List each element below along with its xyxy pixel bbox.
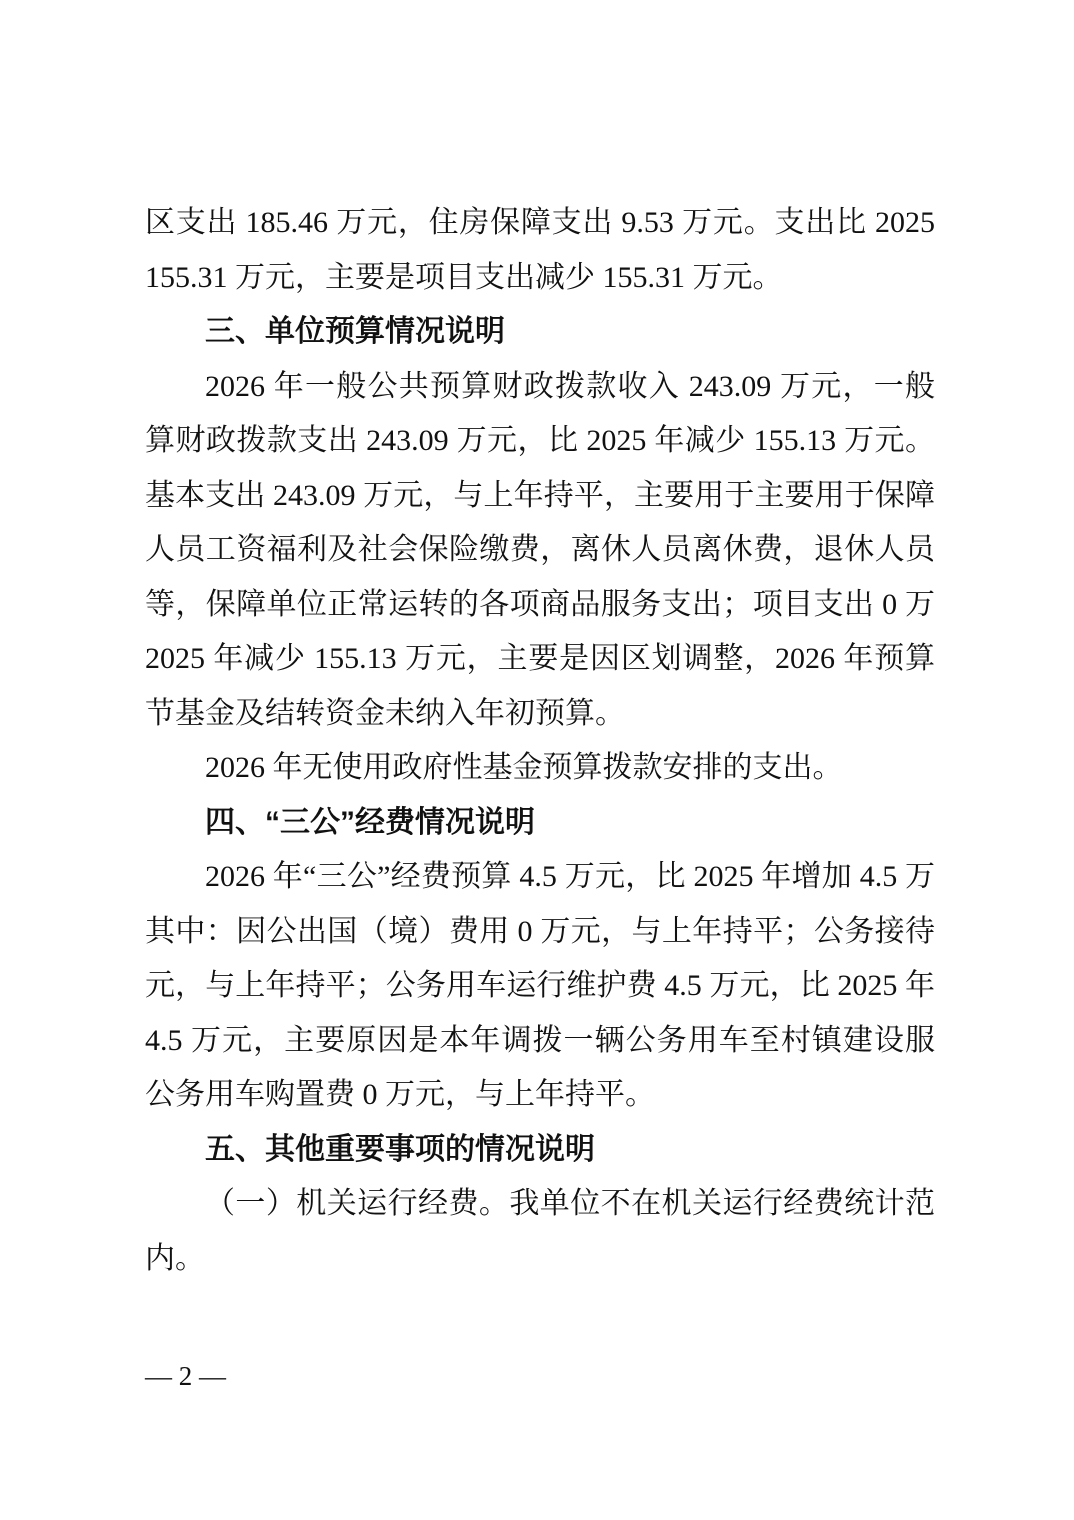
section-heading-5: 五、其他重要事项的情况说明	[145, 1123, 935, 1178]
body-line: 人员工资福利及社会保险缴费，离休人员离休费，退休人员补助	[145, 523, 935, 578]
body-line: 区支出 185.46 万元，住房保障支出 9.53 万元。支出比 2025 年减…	[145, 196, 935, 251]
section-heading-4: 四、“三公”经费情况说明	[145, 796, 935, 851]
section-heading-3: 三、单位预算情况说明	[145, 305, 935, 360]
body-line: 基本支出 243.09 万元，与上年持平，主要用于主要用于保障在职	[145, 469, 935, 524]
body-line: 2026 年一般公共预算财政拨款收入 243.09 万元，一般公共预	[145, 360, 935, 415]
page-number: — 2 —	[145, 1356, 226, 1396]
body-line: 公务用车购置费 0 万元，与上年持平。	[145, 1068, 935, 1123]
body-line: 2026 年无使用政府性基金预算拨款安排的支出。	[145, 741, 935, 796]
body-line: 节基金及结转资金未纳入年初预算。	[145, 687, 935, 742]
body-line: 等，保障单位正常运转的各项商品服务支出；项目支出 0 万元，比	[145, 578, 935, 633]
sub-item-line: 内。	[145, 1232, 935, 1287]
body-line: 155.31 万元，主要是项目支出减少 155.31 万元。	[145, 251, 935, 306]
body-line: 其中：因公出国（境）费用 0 万元，与上年持平；公务接待费 0 万	[145, 905, 935, 960]
body-line: 2025 年减少 155.13 万元，主要是因区划调整，2026 年预算稳定调	[145, 632, 935, 687]
sub-item-line: （一）机关运行经费。我单位不在机关运行经费统计范围之	[145, 1177, 935, 1232]
body-line: 算财政拨款支出 243.09 万元，比 2025 年减少 155.13 万元。其…	[145, 414, 935, 469]
body-line: 元，与上年持平；公务用车运行维护费 4.5 万元，比 2025 年增加	[145, 959, 935, 1014]
document-body: 区支出 185.46 万元，住房保障支出 9.53 万元。支出比 2025 年减…	[145, 196, 935, 1286]
body-line: 2026 年“三公”经费预算 4.5 万元，比 2025 年增加 4.5 万元。	[145, 850, 935, 905]
body-line: 4.5 万元，主要原因是本年调拨一辆公务用车至村镇建设服务中心；	[145, 1014, 935, 1069]
document-page: 区支出 185.46 万元，住房保障支出 9.53 万元。支出比 2025 年减…	[0, 0, 1074, 1520]
